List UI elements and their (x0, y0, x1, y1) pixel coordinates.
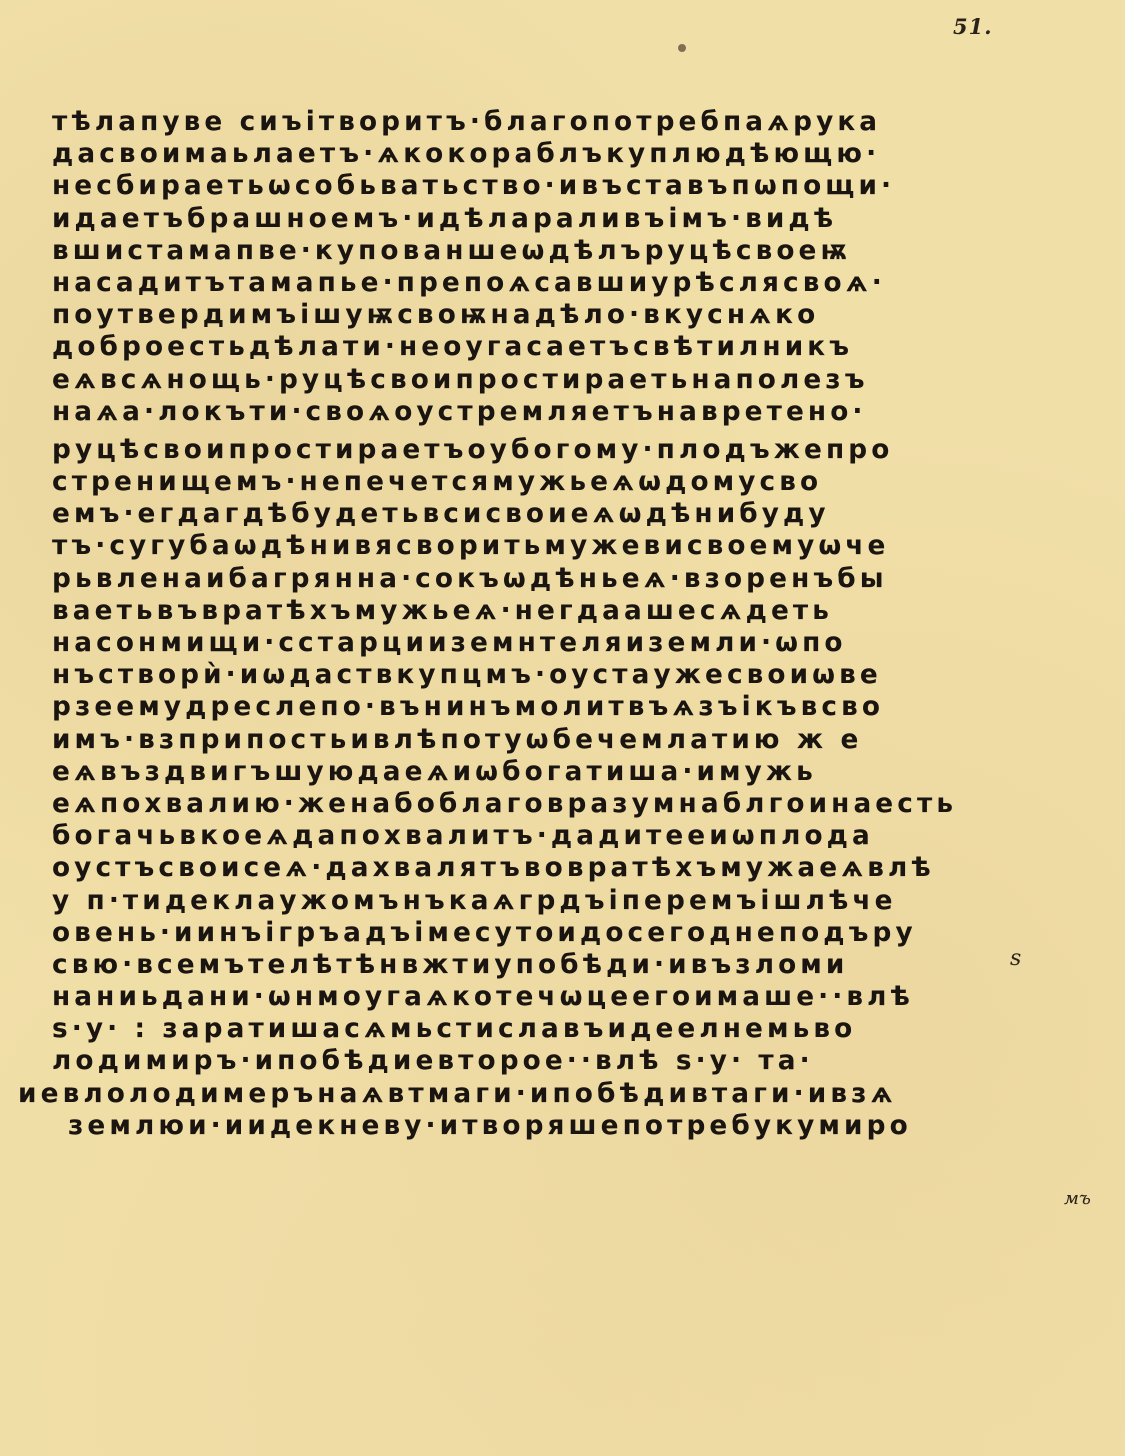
manuscript-line-17: насонмищи·сстарцииземнтеляиземли·ѡпо (52, 627, 1037, 659)
manuscript-line-25: у п·тидеклаужомънъкаѧгрдъiперемъішлѣче (52, 885, 1037, 917)
ink-blot (678, 44, 686, 52)
manuscript-line-24: оустъсвоисеѧ·дахвалятъвовратѣхъмужаеѧвлѣ (52, 852, 1037, 884)
page-number: 51. (953, 14, 993, 39)
marginal-superscript: мъ (1064, 1188, 1091, 1209)
manuscript-line-9: еѧвсѧнощь·руцѣсвоипростираетьнаполезъ (52, 364, 1037, 396)
manuscript-line-20: имъ·взприпостьивлѣпотуѡбечемлатию ж е (52, 724, 1037, 756)
manuscript-line-16: ваетьвъвратѣхъмужьеѧ·негдаашесѧдеть (52, 595, 1037, 627)
manuscript-line-22: еѧпохвалию·женабоблаговразумнаблгоинаест… (52, 788, 1037, 820)
manuscript-line-3: несбираетьѡсобьватьство·ивъставъпѡпощи· (52, 170, 1037, 202)
manuscript-text-block: тѣлапуве сиъітворитъ·благопотребпаѧрука … (52, 106, 1062, 1142)
manuscript-line-18: нъстворѝ·иѡдаствкупцмъ·оустаужесвоиѡве (52, 659, 1037, 691)
manuscript-line-23: богачьвкоеѧдапохвалитъ·дадитееиѡплода (52, 820, 1037, 852)
manuscript-line-13: емъ·егдагдѣбудетьвсисвоиеѧѡдѣнибуду (52, 498, 1037, 530)
manuscript-line-7: поутвердимъішуѭсвоѭнадѣло·вкуснѧко (52, 299, 1037, 331)
manuscript-line-32: землюи·иидекневу·итворяшепотребукумиро (68, 1110, 1038, 1142)
manuscript-line-4: идаетъбрашноемъ·идѣлараливъімъ·видѣ (52, 203, 1037, 235)
manuscript-line-29: ѕ·у· : Заратишасѧмьстиславъидеелнемьво (52, 1013, 1037, 1045)
manuscript-line-30: лодимиръ·ипобѣдиевторое··влѣ ѕ·у· та· (52, 1045, 1037, 1077)
manuscript-line-15: рьвленаибагрянна·сокъѡдѣньеѧ·взоренъбы (52, 563, 1037, 595)
manuscript-line-28: наниьдани·ѡнмоугаѧкотечѡцеегоимаше··влѣ (52, 981, 1037, 1013)
manuscript-line-12: стренищемъ·непечетсямужьеѧѡдомусво (52, 466, 1037, 498)
marginal-numeral: ѕ (1010, 946, 1021, 971)
manuscript-line-5: вшистамапве·купованшеѡдѣлъруцѣсвоеѭ (52, 235, 1037, 267)
manuscript-line-11: руцѣсвоипростираетъоубогому·плодъжепро (52, 434, 1037, 466)
manuscript-line-19: рзеемудреслепо·вънинъмолитвъѧзъікъвсво (52, 691, 1037, 723)
manuscript-line-26: овень·иинъігръадъiмесутоидосегоднеподъру (52, 917, 1037, 949)
manuscript-line-31: иевлолодимерънаѧвтмаги·ипобѣдивтаги·ивзѧ (18, 1078, 1038, 1110)
manuscript-line-8: доброестьдѣлати·неоугасаетъсвѣтилникъ (52, 331, 1037, 363)
manuscript-line-21: еѧвъздвигъшуюдаеѧиѡбогатиша·имужь (52, 756, 1037, 788)
manuscript-line-6: насадитътамапье·препоѧсавшиурѣслясвоѧ· (52, 267, 1037, 299)
manuscript-line-2: дасвоимаьлаетъ·ѧкокораблъкуплюдѣющю· (52, 138, 1037, 170)
manuscript-line-10: наѧа·локъти·своѧоустремляетънавретено· (52, 396, 1037, 428)
manuscript-line-27: свю·всемътелѣтѣнвжтиупобѣди·ивъзломи (52, 949, 1037, 981)
manuscript-line-14: тъ·сугубаѡдѣнивясворитьмужевисвоемуѡче (52, 530, 1037, 562)
manuscript-line-1: тѣлапуве сиъітворитъ·благопотребпаѧрука (52, 106, 1037, 138)
